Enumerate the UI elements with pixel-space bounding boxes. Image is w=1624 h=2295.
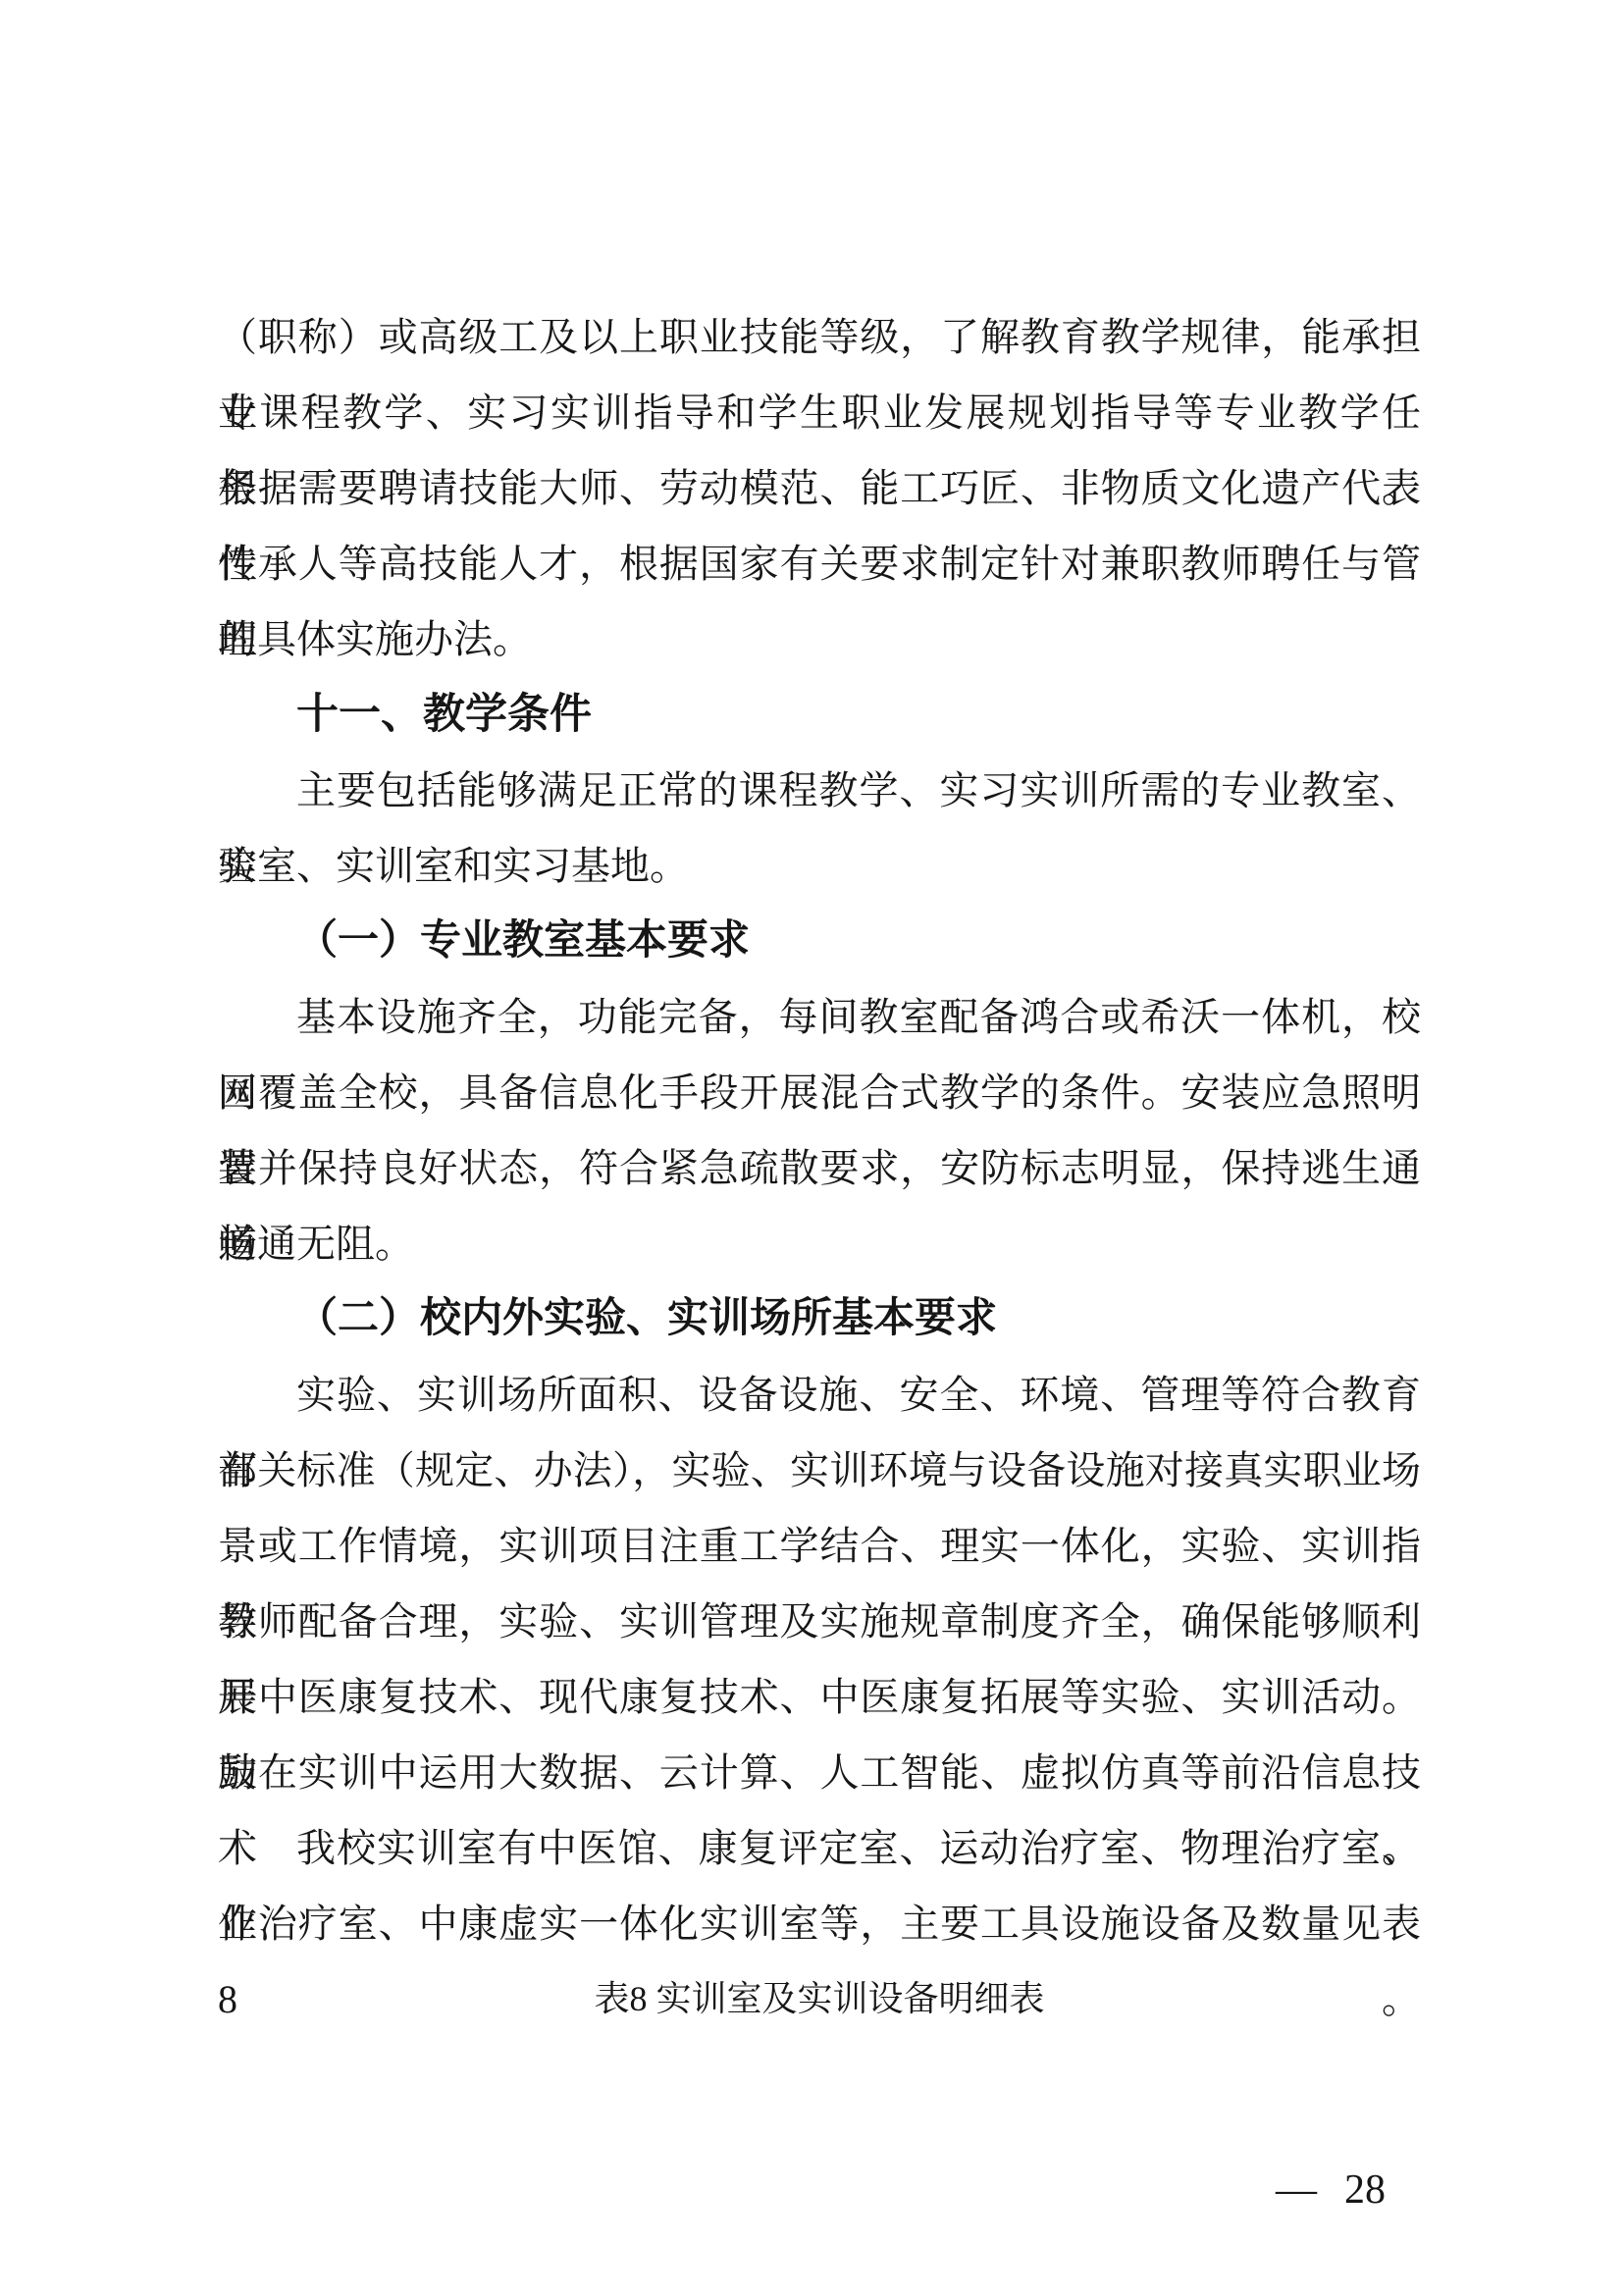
text-line: 根据需要聘请技能大师、劳动模范、能工巧匠、非物质文化遗产代表性 (218, 450, 1421, 526)
text-line: 展中医康复技术、现代康复技术、中医康复拓展等实验、实训活动。鼓 (218, 1659, 1421, 1735)
document-body: （职称）或高级工及以上职业技能等级，了解教育教学规律，能承担专业课程教学、实习实… (218, 299, 1421, 2037)
text-line: 畅通无阻。 (218, 1206, 1421, 1281)
section-sub-heading: （二）校内外实验、实训场所基本要求 (218, 1281, 1421, 1357)
page-number-dash: — (1276, 2167, 1317, 2213)
text-line: 我校实训室有中医馆、康复评定室、运动治疗室、物理治疗室、作 (218, 1810, 1421, 1886)
text-line: 景或工作情境，实训项目注重工学结合、理实一体化，实验、实训指导 (218, 1508, 1421, 1584)
text-line: 实验、实训场所面积、设备设施、安全、环境、管理等符合教育部 (218, 1357, 1421, 1433)
text-line: 业治疗室、中康虚实一体化实训室等，主要工具设施设备及数量见表8。 (218, 1886, 1421, 1961)
section-heading-major: 十一、教学条件 (218, 677, 1421, 753)
text-line: 的具体实施办法。 (218, 601, 1421, 677)
page-number: 28 (1344, 2167, 1386, 2213)
text-line: 置并保持良好状态，符合紧急疏散要求，安防标志明显，保持逃生通道 (218, 1130, 1421, 1206)
text-line: 励在实训中运用大数据、云计算、人工智能、虚拟仿真等前沿信息技术。 (218, 1735, 1421, 1810)
text-line: 传承人等高技能人才，根据国家有关要求制定针对兼职教师聘任与管理 (218, 526, 1421, 601)
text-line: （职称）或高级工及以上职业技能等级，了解教育教学规律，能承担专 (218, 299, 1421, 375)
text-line: 基本设施齐全，功能完备，每间教室配备鸿合或希沃一体机，校园 (218, 979, 1421, 1055)
section-sub-heading: （一）专业教室基本要求 (218, 904, 1421, 979)
text-line: 业课程教学、实习实训指导和学生职业发展规划指导等专业教学任务。 (218, 375, 1421, 450)
text-line: 有关标准（规定、办法），实验、实训环境与设备设施对接真实职业场 (218, 1433, 1421, 1508)
page-footer: —28 (1276, 2166, 1386, 2214)
text-line: 主要包括能够满足正常的课程教学、实习实训所需的专业教室、实 (218, 753, 1421, 828)
document-page: （职称）或高级工及以上职业技能等级，了解教育教学规律，能承担专业课程教学、实习实… (0, 0, 1624, 2295)
text-line: 教师配备合理，实验、实训管理及实施规章制度齐全，确保能够顺利开 (218, 1584, 1421, 1659)
text-line: 验室、实训室和实习基地。 (218, 828, 1421, 904)
text-line: 网覆盖全校，具备信息化手段开展混合式教学的条件。安装应急照明装 (218, 1055, 1421, 1130)
